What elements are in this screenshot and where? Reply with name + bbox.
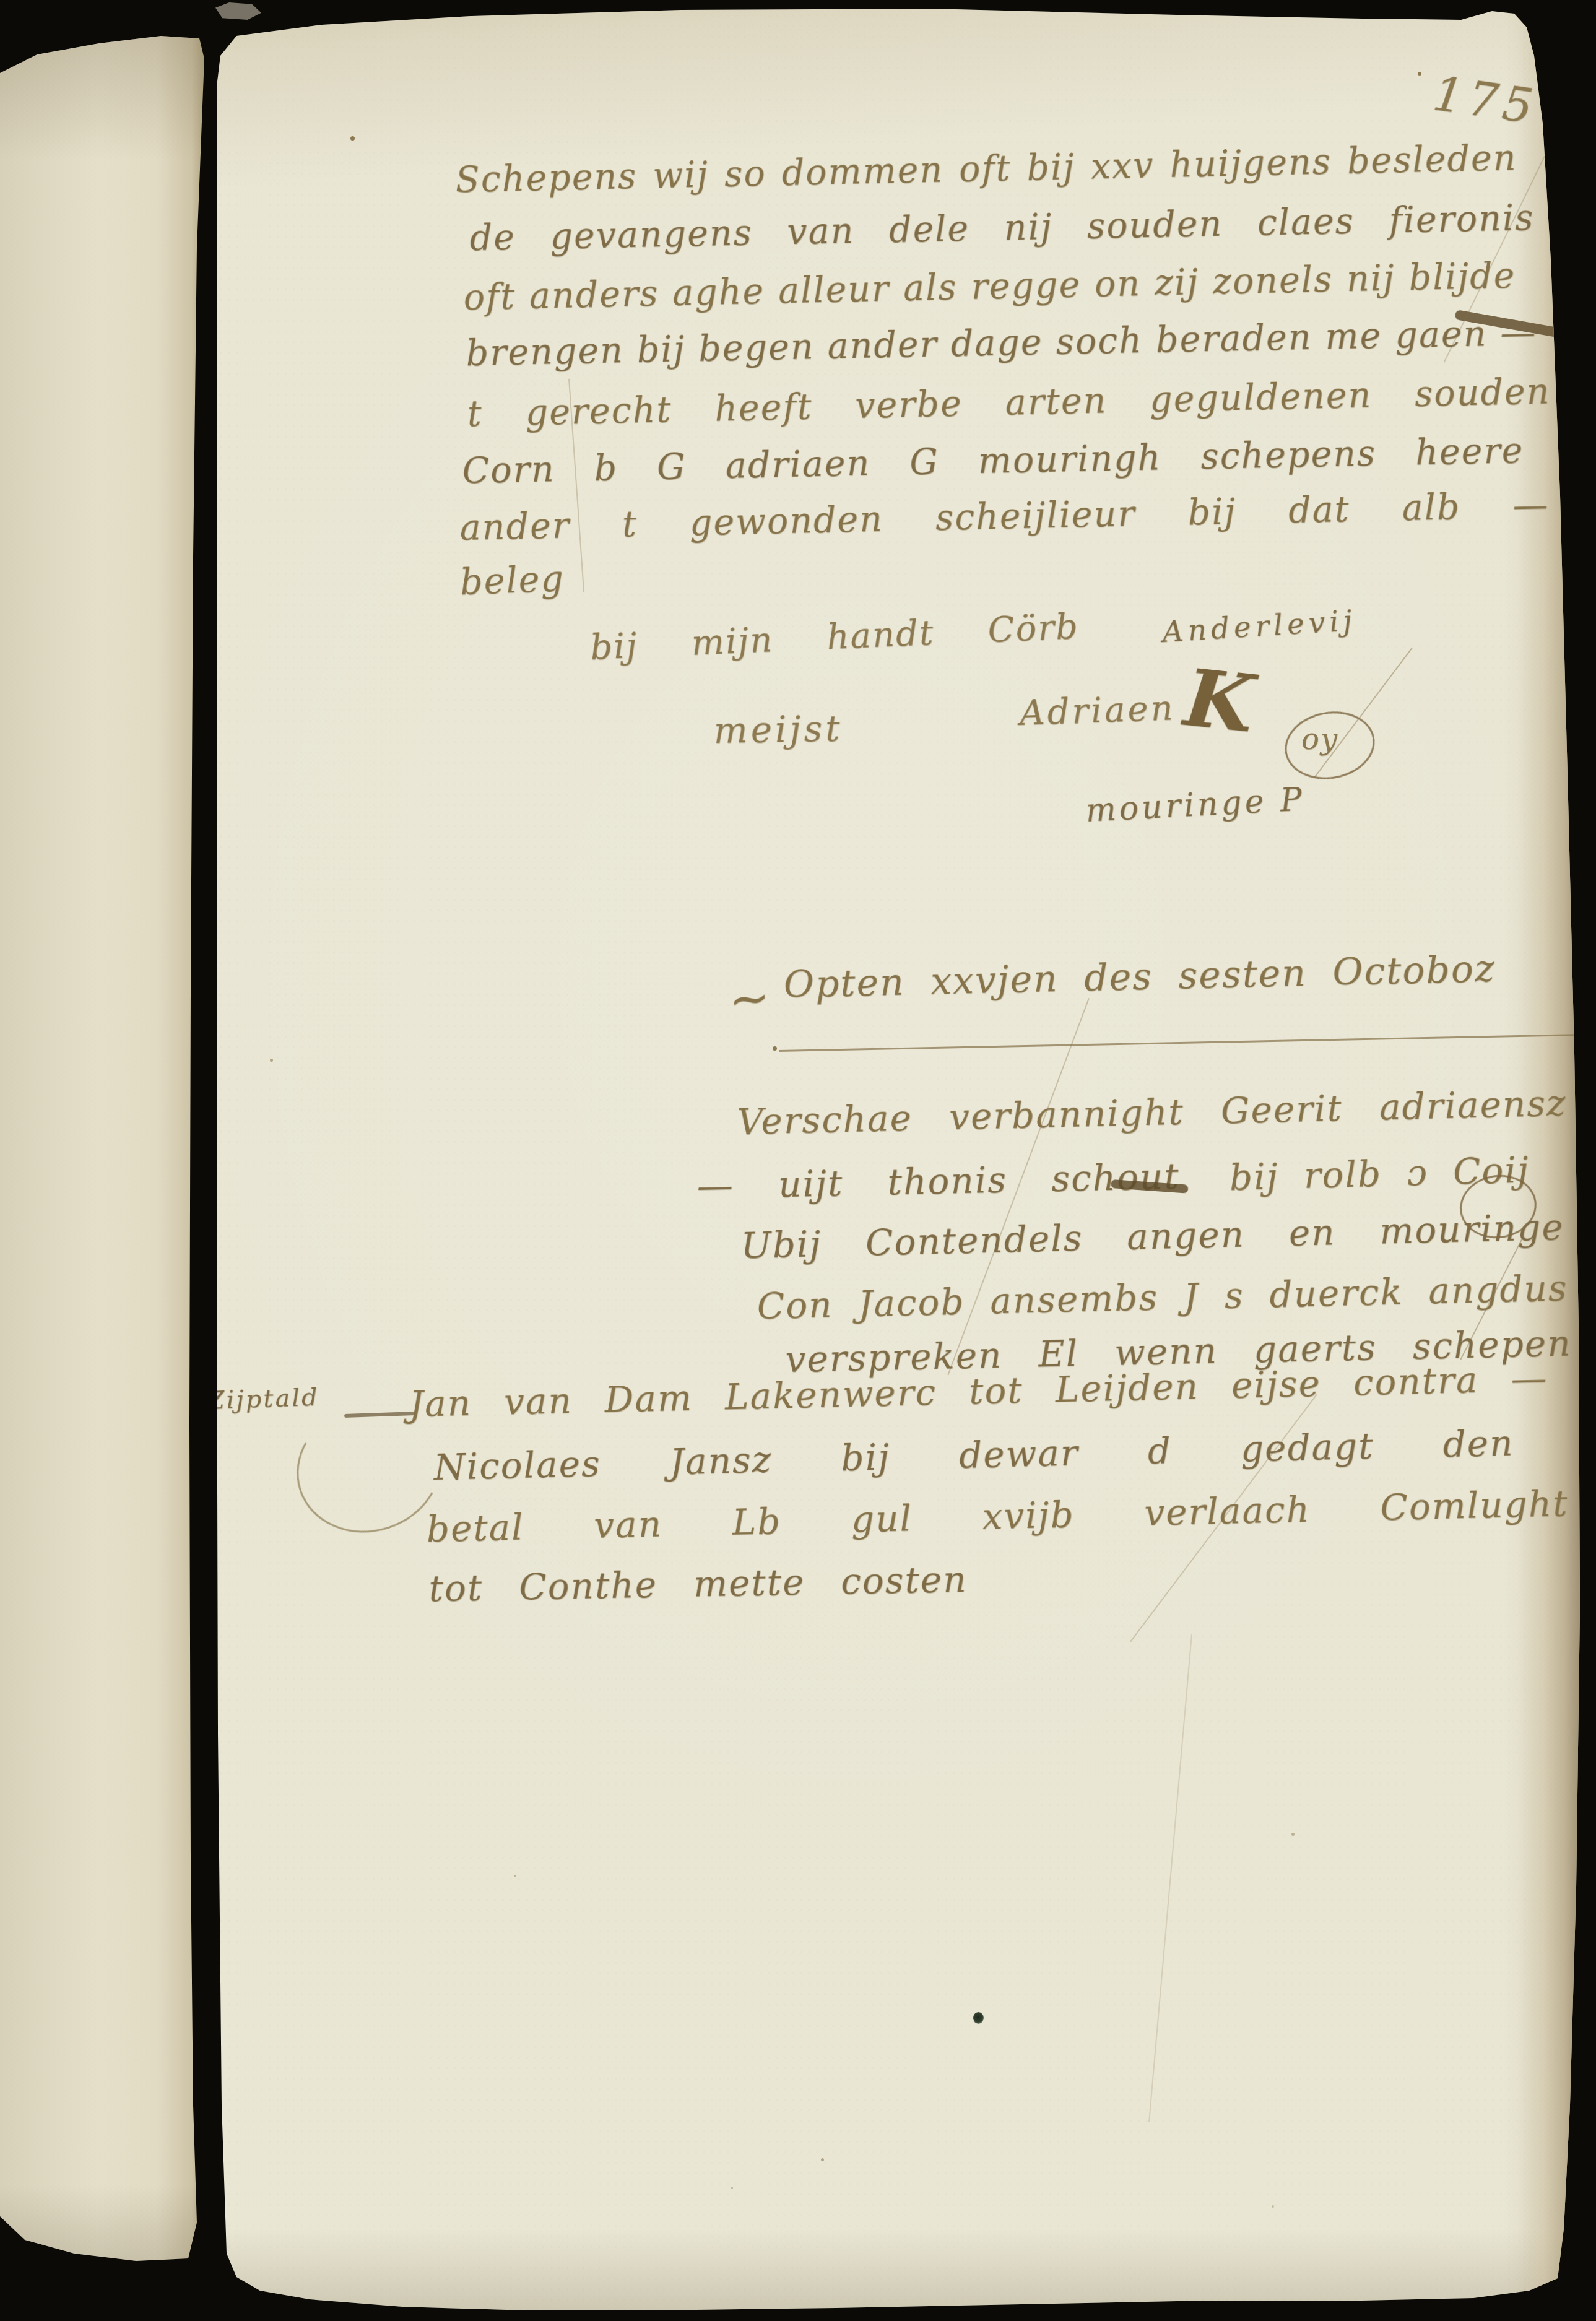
previous-page-edge xyxy=(0,0,218,2321)
paper-speck xyxy=(1272,2205,1274,2208)
signature-attestation-2: meijst xyxy=(713,706,875,752)
paper-speck xyxy=(514,1875,516,1877)
signature-monogram-initial: K xyxy=(1180,651,1276,753)
paper-speck xyxy=(350,136,355,141)
paper-speck xyxy=(1291,1833,1295,1836)
paper-speck xyxy=(821,2158,824,2161)
binding-cloth-fragment xyxy=(215,2,261,20)
paper-speck xyxy=(731,2187,733,2189)
signature-name: Adriaen xyxy=(1019,687,1194,734)
heading-flourish: ~ xyxy=(726,966,787,1030)
paper-speck xyxy=(1418,72,1421,76)
manuscript-line: beleg xyxy=(459,556,646,603)
marginal-note: Zijptald xyxy=(207,1381,362,1415)
manuscript-page: 175 Schepens wij so dommen oft bij xxv h… xyxy=(0,0,1596,2321)
book-scan: 175 Schepens wij so dommen oft bij xxv h… xyxy=(0,0,1596,2321)
ink-dot xyxy=(773,1046,777,1051)
signature-monogram-rest: oy xyxy=(1301,722,1357,757)
paper-speck xyxy=(270,1059,273,1062)
ink-speck-green xyxy=(973,2012,984,2024)
